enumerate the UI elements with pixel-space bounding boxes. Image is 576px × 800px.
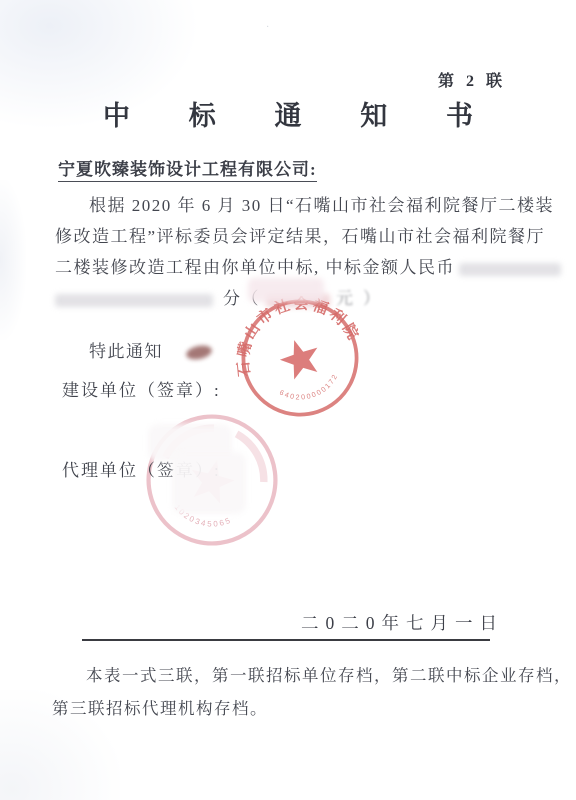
body-line-2: 修改造工程”评标委员会评定结果，石嘴山市社会福利院餐厅 — [55, 221, 527, 252]
builder-signature-label: 建设单位（签章）: — [62, 376, 221, 401]
recipient-company-name: 宁夏欥臻装饰设计工程有限公司: — [58, 155, 317, 180]
page-title: 中 标 通 知 书 — [0, 94, 576, 133]
scan-speck: · — [266, 22, 274, 34]
footer-line-2: 第三联招标代理机构存档。 — [52, 692, 532, 725]
footer-divider-line — [82, 639, 490, 641]
redacted-amount-blur-1 — [459, 263, 561, 276]
scanned-notice-page: · 第 2 联 中 标 通 知 书 宁夏欥臻装饰设计工程有限公司: 根据 202… — [0, 0, 576, 800]
footer-note: 本表一式三联，第一联招标单位存档，第二联中标企业存档， 第三联招标代理机构存档。 — [52, 659, 532, 725]
seal-redaction-blur-2 — [172, 452, 246, 514]
redacted-amount-blur-2 — [55, 294, 213, 307]
seal-star-icon — [275, 334, 324, 382]
footer-line-1: 本表一式三联，第一联招标单位存档，第二联中标企业存档， — [52, 659, 532, 692]
body-line-1: 根据 2020 年 6 月 30 日“石嘴山市社会福利院餐厅二楼装 — [55, 190, 527, 221]
scan-artifact-left-edge — [0, 180, 26, 340]
copy-number-label: 第 2 联 — [438, 68, 506, 91]
issue-date: 二0二0年七月一日 — [301, 610, 504, 635]
amount-redaction-blur — [248, 278, 324, 302]
